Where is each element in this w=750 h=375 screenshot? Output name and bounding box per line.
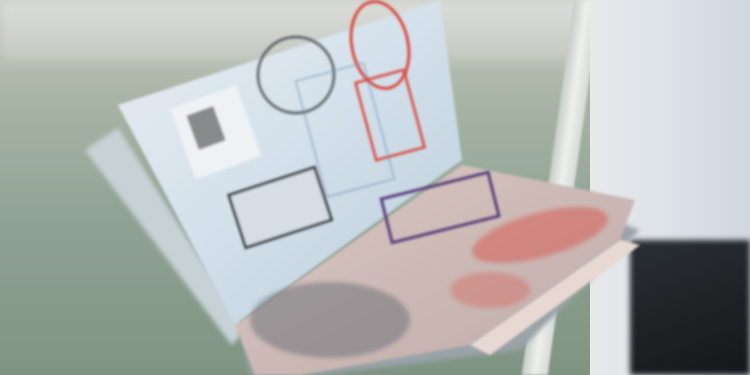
- passport: [0, 0, 750, 375]
- photo-scene: [0, 0, 750, 375]
